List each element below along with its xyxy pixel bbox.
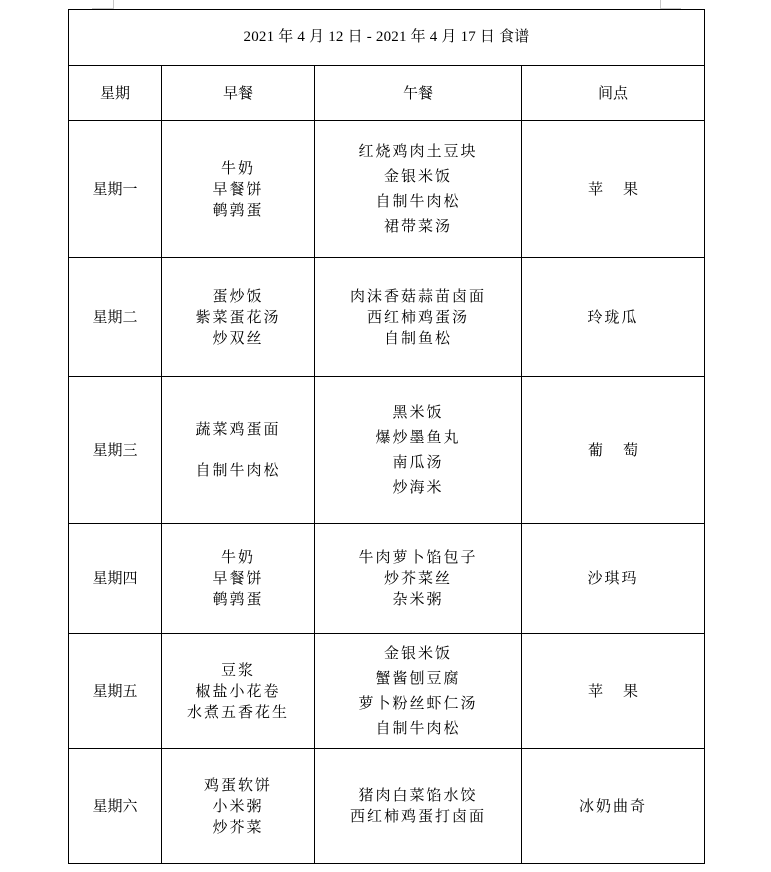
snack-cell: 苹果 [522,121,705,258]
dish: 肉沫香菇蒜苗卤面 [315,286,521,307]
dish: 紫菜蛋花汤 [162,307,314,328]
day-cell: 星期一 [69,121,162,258]
dish: 红烧鸡肉土豆块 [315,139,521,164]
day-cell: 星期四 [69,524,162,634]
snack-item: 冰奶曲奇 [522,796,704,817]
lunch-cell: 牛肉萝卜馅包子 炒芥菜丝 杂米粥 [315,524,522,634]
dish: 椒盐小花卷 [162,681,314,702]
day-cell: 星期六 [69,749,162,864]
dish: 爆炒墨鱼丸 [315,425,521,450]
lunch-cell: 黑米饭 爆炒墨鱼丸 南瓜汤 炒海米 [315,377,522,524]
dish: 裙带菜汤 [315,214,521,239]
day-cell: 星期三 [69,377,162,524]
table-row: 星期三 蔬菜鸡蛋面 自制牛肉松 黑米饭 爆炒墨鱼丸 南瓜汤 炒海米 葡萄 [69,377,705,524]
dish: 蟹酱刨豆腐 [315,666,521,691]
snack-item: 沙琪玛 [522,568,704,589]
snack-cell: 玲珑瓜 [522,258,705,377]
dish: 蔬菜鸡蛋面 [162,419,314,440]
dish: 萝卜粉丝虾仁汤 [315,691,521,716]
lunch-cell: 金银米饭 蟹酱刨豆腐 萝卜粉丝虾仁汤 自制牛肉松 [315,634,522,749]
table-row: 星期五 豆浆 椒盐小花卷 水煮五香花生 金银米饭 蟹酱刨豆腐 萝卜粉丝虾仁汤 自… [69,634,705,749]
breakfast-cell: 蔬菜鸡蛋面 自制牛肉松 [162,377,315,524]
dish: 豆浆 [162,660,314,681]
day-cell: 星期五 [69,634,162,749]
header-breakfast: 早餐 [162,66,315,121]
weekly-menu-table: 2021 年 4 月 12 日 - 2021 年 4 月 17 日 食谱 星期 … [68,9,705,864]
dish: 蛋炒饭 [162,286,314,307]
snack-item: 苹果 [568,682,658,700]
header-row: 星期 早餐 午餐 间点 [69,66,705,121]
snack-cell: 苹果 [522,634,705,749]
dish: 早餐饼 [162,568,314,589]
snack-item: 玲珑瓜 [522,307,704,328]
header-lunch: 午餐 [315,66,522,121]
snack-cell: 葡萄 [522,377,705,524]
dish: 牛肉萝卜馅包子 [315,547,521,568]
snack-cell: 冰奶曲奇 [522,749,705,864]
dish: 鹌鹑蛋 [162,589,314,610]
dish: 西红柿鸡蛋汤 [315,307,521,328]
breakfast-cell: 牛奶 早餐饼 鹌鹑蛋 [162,121,315,258]
header-day: 星期 [69,66,162,121]
menu-title: 2021 年 4 月 12 日 - 2021 年 4 月 17 日 食谱 [69,10,705,66]
page-margin-mark-right [660,0,661,8]
table-row: 星期二 蛋炒饭 紫菜蛋花汤 炒双丝 肉沫香菇蒜苗卤面 西红柿鸡蛋汤 自制鱼松 玲… [69,258,705,377]
dish: 西红柿鸡蛋打卤面 [315,806,521,827]
dish: 金银米饭 [315,641,521,666]
snack-item: 苹果 [568,180,658,198]
table-row: 星期一 牛奶 早餐饼 鹌鹑蛋 红烧鸡肉土豆块 金银米饭 自制牛肉松 裙带菜汤 苹… [69,121,705,258]
dish: 自制牛肉松 [315,716,521,741]
dish: 自制牛肉松 [162,460,314,481]
page-margin-mark-left [113,0,114,8]
day-cell: 星期二 [69,258,162,377]
breakfast-cell: 蛋炒饭 紫菜蛋花汤 炒双丝 [162,258,315,377]
dish: 炒芥菜 [162,817,314,838]
dish: 猪肉白菜馅水饺 [315,785,521,806]
dish: 小米粥 [162,796,314,817]
dish: 自制牛肉松 [315,189,521,214]
header-snack: 间点 [522,66,705,121]
table-row: 星期六 鸡蛋软饼 小米粥 炒芥菜 猪肉白菜馅水饺 西红柿鸡蛋打卤面 冰奶曲奇 [69,749,705,864]
lunch-cell: 红烧鸡肉土豆块 金银米饭 自制牛肉松 裙带菜汤 [315,121,522,258]
lunch-cell: 猪肉白菜馅水饺 西红柿鸡蛋打卤面 [315,749,522,864]
dish: 炒芥菜丝 [315,568,521,589]
dish: 炒双丝 [162,328,314,349]
breakfast-cell: 豆浆 椒盐小花卷 水煮五香花生 [162,634,315,749]
table-row: 星期四 牛奶 早餐饼 鹌鹑蛋 牛肉萝卜馅包子 炒芥菜丝 杂米粥 沙琪玛 [69,524,705,634]
dish: 炒海米 [315,475,521,500]
title-row: 2021 年 4 月 12 日 - 2021 年 4 月 17 日 食谱 [69,10,705,66]
dish: 杂米粥 [315,589,521,610]
dish: 南瓜汤 [315,450,521,475]
snack-cell: 沙琪玛 [522,524,705,634]
dish: 牛奶 [162,547,314,568]
dish: 早餐饼 [162,179,314,200]
breakfast-cell: 牛奶 早餐饼 鹌鹑蛋 [162,524,315,634]
dish: 黑米饭 [315,400,521,425]
dish: 鹌鹑蛋 [162,200,314,221]
snack-item: 葡萄 [568,441,658,459]
dish: 鸡蛋软饼 [162,775,314,796]
dish: 水煮五香花生 [162,702,314,723]
spacer [162,440,314,460]
dish: 金银米饭 [315,164,521,189]
lunch-cell: 肉沫香菇蒜苗卤面 西红柿鸡蛋汤 自制鱼松 [315,258,522,377]
breakfast-cell: 鸡蛋软饼 小米粥 炒芥菜 [162,749,315,864]
dish: 自制鱼松 [315,328,521,349]
dish: 牛奶 [162,158,314,179]
